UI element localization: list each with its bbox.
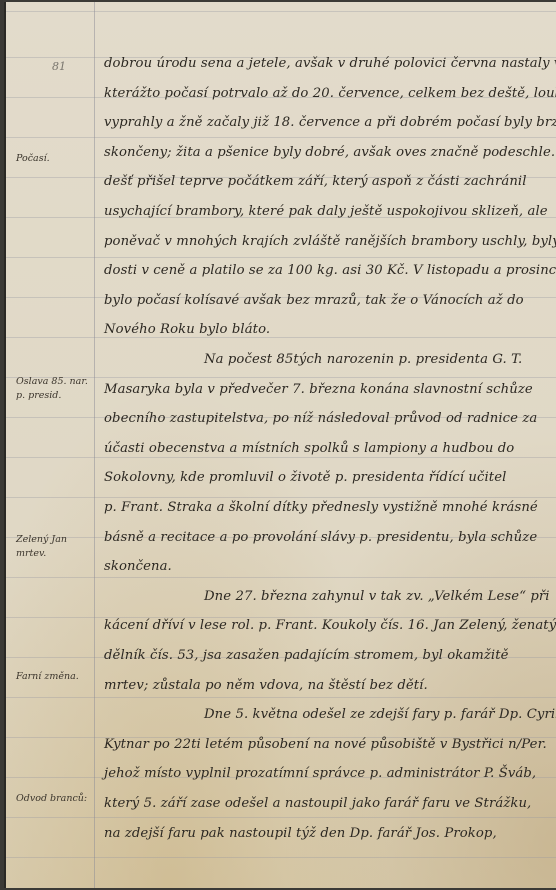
text-line: dosti v ceně a platilo se za 100 kg. asi… bbox=[104, 263, 556, 278]
margin-note-death-1: Zelený Jan bbox=[16, 533, 94, 547]
text-line: účasti obecenstva a místních spolků s la… bbox=[104, 441, 514, 456]
text-line: mrtev; zůstala po něm vdova, na štěstí b… bbox=[104, 678, 428, 693]
text-line: Dne 5. května odešel ze zdejší fary p. f… bbox=[204, 707, 556, 722]
margin-note-celebration-2: p. presid. bbox=[16, 389, 94, 403]
text-line: Kytnar po 22ti letém působení na nové pů… bbox=[104, 737, 547, 752]
margin-note-parish: Farní změna. bbox=[16, 670, 94, 684]
text-line: Masaryka byla v předvečer 7. března koná… bbox=[104, 382, 533, 397]
text-line: Sokolovny, kde promluvil o životě p. pre… bbox=[104, 470, 506, 485]
text-line: jehož místo vyplnil prozatímní správce p… bbox=[104, 766, 536, 781]
text-line: poněvač v mnohých krajích zvláště ranějš… bbox=[104, 234, 556, 249]
text-line: bylo počasí kolísavé avšak bez mrazů, ta… bbox=[104, 293, 524, 308]
text-line: skončeny; žita a pšenice byly dobré, avš… bbox=[104, 145, 556, 160]
text-line: vyprahly a žně začaly již 18. července a… bbox=[104, 115, 556, 130]
text-line: který 5. září zase odešel a nastoupil ja… bbox=[104, 796, 531, 811]
text-line: na zdejší faru pak nastoupil týž den Dp.… bbox=[104, 826, 497, 841]
text-line: skončena. bbox=[104, 559, 172, 574]
text-line: p. Frant. Straka a školní dítky přednesl… bbox=[104, 500, 538, 515]
text-line: obecního zastupitelstva, po níž následov… bbox=[104, 411, 537, 426]
text-line: Nového Roku bylo bláto. bbox=[104, 322, 270, 337]
margin-note-weather: Počasí. bbox=[16, 152, 94, 166]
text-line: Na počest 85tých narozenin p. presidenta… bbox=[204, 352, 522, 367]
page-number: 81 bbox=[52, 60, 66, 73]
margin-rule bbox=[94, 2, 95, 888]
text-line: dělník čís. 53, jsa zasažen padajícím st… bbox=[104, 648, 509, 663]
text-line: kácení dříví v lese rol. p. Frant. Kouko… bbox=[104, 618, 556, 633]
text-line: dešť přišel teprve počátkem září, který … bbox=[104, 174, 527, 189]
text-line: dobrou úrodu sena a jetele, avšak v druh… bbox=[104, 56, 556, 71]
text-line: básně a recitace a po provolání slávy p.… bbox=[104, 530, 537, 545]
margin-note-death-2: mrtev. bbox=[16, 547, 94, 561]
chronicle-page: 81 Počasí.Oslava 85. nar.p. presid.Zelen… bbox=[4, 2, 556, 888]
text-line: usychající brambory, které pak daly ješt… bbox=[104, 204, 548, 219]
text-line: kterážto počasí potrvalo až do 20. červe… bbox=[104, 86, 556, 101]
margin-note-celebration-1: Oslava 85. nar. bbox=[16, 375, 94, 389]
margin-note-recruits: Odvod branců: bbox=[16, 792, 94, 806]
text-line: Dne 27. března zahynul v tak zv. „Velkém… bbox=[204, 589, 550, 604]
